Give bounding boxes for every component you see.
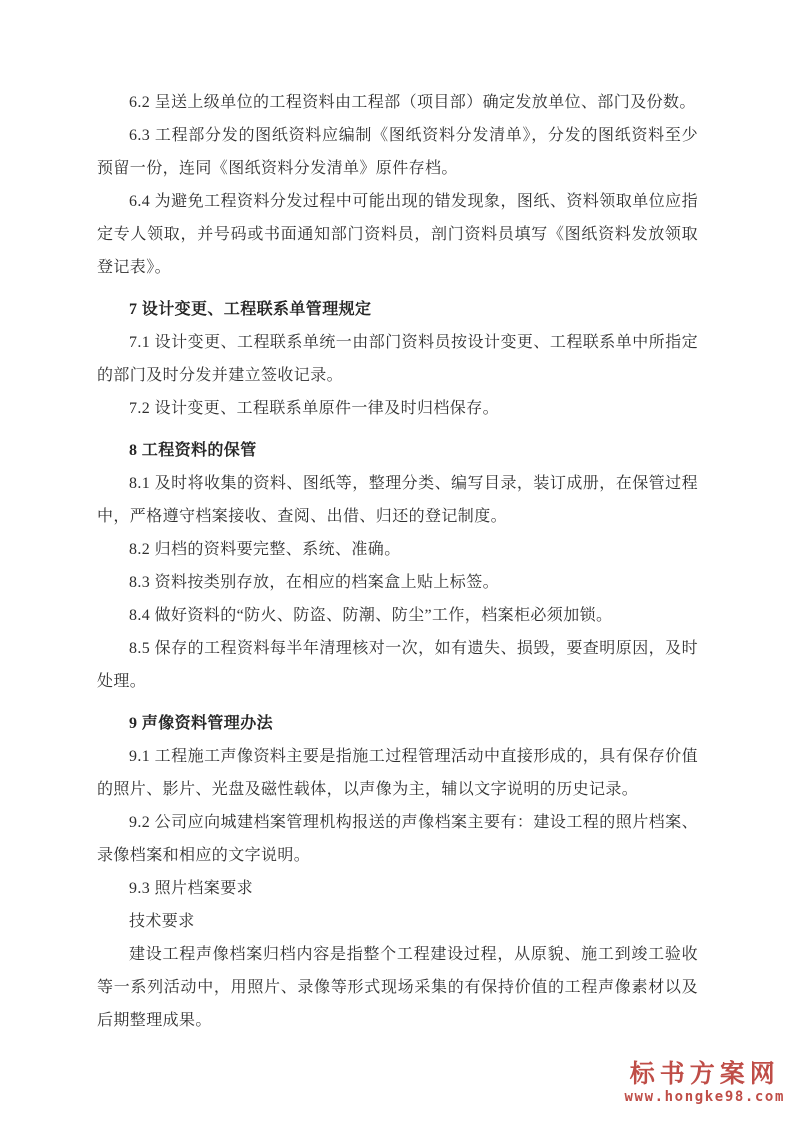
watermark-site-name: 标书方案网 bbox=[625, 1060, 785, 1088]
paragraph: 7.2 设计变更、工程联系单原件一律及时归档保存。 bbox=[97, 392, 698, 425]
paragraph: 8.2 归档的资料要完整、系统、准确。 bbox=[97, 533, 698, 566]
paragraph: 8.3 资料按类别存放，在相应的档案盒上贴上标签。 bbox=[97, 566, 698, 599]
section-heading: 7 设计变更、工程联系单管理规定 bbox=[97, 293, 698, 326]
paragraph: 8.1 及时将收集的资料、图纸等，整理分类、编写目录，装订成册，在保管过程中，严… bbox=[97, 467, 698, 533]
document-body: 6.2 呈送上级单位的工程资料由工程部（项目部）确定发放单位、部门及份数。6.3… bbox=[97, 86, 698, 1037]
paragraph: 8.5 保存的工程资料每半年清理核对一次，如有遗失、损毁，要查明原因，及时处理。 bbox=[97, 632, 698, 698]
paragraph: 9.1 工程施工声像资料主要是指施工过程管理活动中直接形成的，具有保存价值的照片… bbox=[97, 740, 698, 806]
section-heading: 8 工程资料的保管 bbox=[97, 434, 698, 467]
paragraph: 6.3 工程部分发的图纸资料应编制《图纸资料分发清单》，分发的图纸资料至少预留一… bbox=[97, 119, 698, 185]
paragraph: 7.1 设计变更、工程联系单统一由部门资料员按设计变更、工程联系单中所指定的部门… bbox=[97, 326, 698, 392]
section-heading: 9 声像资料管理办法 bbox=[97, 707, 698, 740]
paragraph: 建设工程声像档案归档内容是指整个工程建设过程，从原貌、施工到竣工验收等一系列活动… bbox=[97, 938, 698, 1037]
paragraph: 6.4 为避免工程资料分发过程中可能出现的错发现象，图纸、资料领取单位应指定专人… bbox=[97, 185, 698, 284]
paragraph: 8.4 做好资料的“防火、防盗、防潮、防尘”工作，档案柜必须加锁。 bbox=[97, 599, 698, 632]
paragraph: 技术要求 bbox=[97, 905, 698, 938]
document-page: 6.2 呈送上级单位的工程资料由工程部（项目部）确定发放单位、部门及份数。6.3… bbox=[0, 0, 793, 1122]
watermark-site-url: www.hongke98.com bbox=[625, 1089, 785, 1105]
paragraph: 6.2 呈送上级单位的工程资料由工程部（项目部）确定发放单位、部门及份数。 bbox=[97, 86, 698, 119]
paragraph: 9.2 公司应向城建档案管理机构报送的声像档案主要有：建设工程的照片档案、录像档… bbox=[97, 806, 698, 872]
site-watermark: 标书方案网 www.hongke98.com bbox=[625, 1060, 785, 1105]
paragraph: 9.3 照片档案要求 bbox=[97, 872, 698, 905]
